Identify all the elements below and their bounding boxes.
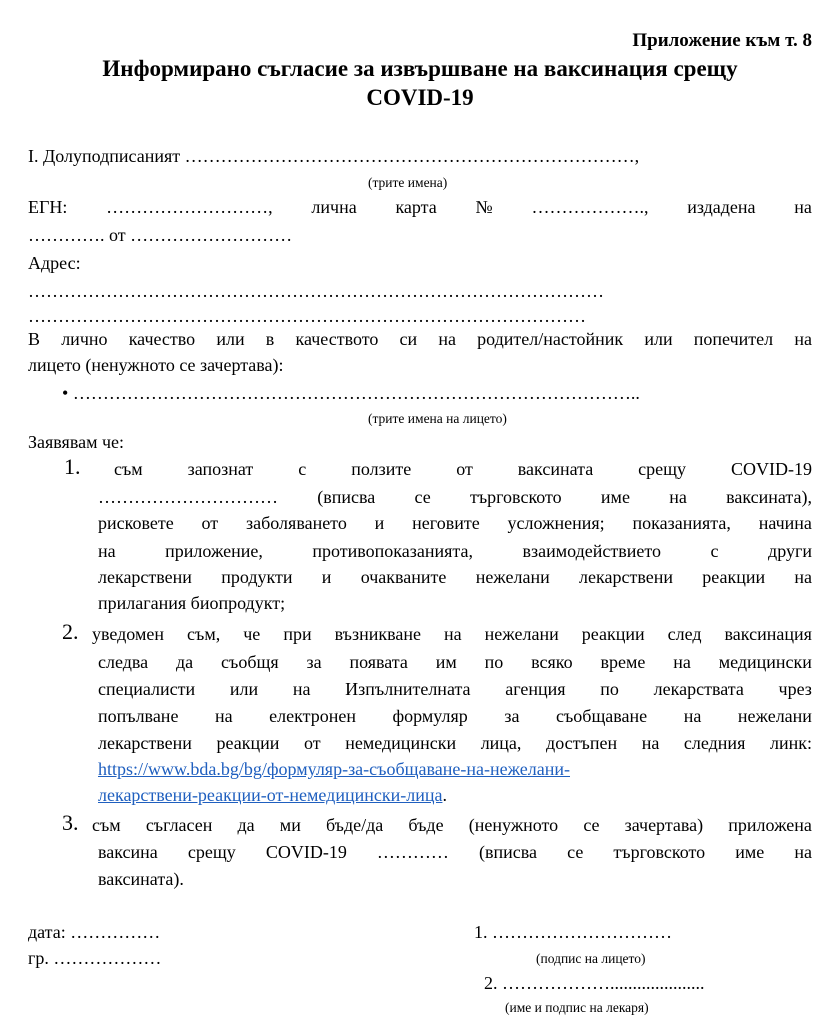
word: формуляр bbox=[393, 706, 468, 727]
word: се bbox=[415, 487, 431, 508]
word: на bbox=[673, 652, 691, 673]
word: по bbox=[600, 679, 619, 700]
word: нежелани bbox=[476, 567, 550, 588]
word: за bbox=[504, 706, 519, 727]
egn-field[interactable]: ………………………, bbox=[106, 197, 273, 218]
person-name-line: • ………………………………………………………………………………….. bbox=[62, 383, 640, 404]
date-field[interactable]: дата: …………… bbox=[28, 922, 160, 943]
word: при bbox=[283, 624, 311, 645]
word: уведомен bbox=[92, 624, 164, 645]
person-signature-field[interactable]: 1. ………………………… bbox=[474, 922, 672, 943]
person-name-caption: (трите имена на лицето) bbox=[368, 411, 507, 427]
person-signature-caption: (подпис на лицето) bbox=[536, 951, 646, 967]
word: да bbox=[238, 815, 255, 836]
word: след bbox=[668, 624, 702, 645]
word: медицински bbox=[719, 652, 812, 673]
person-name-field[interactable]: ………………………………………………………………………………….. bbox=[73, 383, 640, 403]
word: родител/настойник bbox=[477, 329, 623, 350]
word: срещу bbox=[188, 842, 236, 863]
word: немедицински bbox=[345, 733, 456, 754]
word: от bbox=[456, 459, 473, 480]
word: показанията, bbox=[633, 513, 731, 534]
id-number-label: № bbox=[476, 197, 493, 218]
address-label: Адрес: bbox=[28, 253, 81, 274]
item-1-line6: прилагания биопродукт; bbox=[98, 593, 285, 614]
undersigned-caption: (трите имена) bbox=[368, 175, 447, 191]
word: се bbox=[583, 815, 599, 836]
word: агенция bbox=[505, 679, 565, 700]
word: на bbox=[794, 567, 812, 588]
item-1-number: 1. bbox=[64, 454, 81, 480]
word: с bbox=[711, 541, 719, 562]
word: да bbox=[176, 652, 193, 673]
egn-line: ЕГН: ………………………, лична карта № ………………., и… bbox=[28, 197, 812, 218]
word: (вписва bbox=[479, 842, 537, 863]
word: на bbox=[444, 624, 462, 645]
word: продукти bbox=[221, 567, 292, 588]
word: търговското bbox=[613, 842, 705, 863]
word: на bbox=[794, 329, 812, 350]
undersigned-name-field[interactable]: …………………………………………………………………, bbox=[185, 146, 640, 166]
word: ………… bbox=[377, 842, 449, 863]
word: на bbox=[669, 487, 687, 508]
item-3-line1: съмсъгласендамибъде/дабъде(ненужнотосеза… bbox=[92, 815, 812, 836]
word: име bbox=[601, 487, 630, 508]
annex-label: Приложение към т. 8 bbox=[632, 30, 812, 52]
doctor-signature-caption: (име и подпис на лекаря) bbox=[505, 1000, 649, 1016]
address-field-2[interactable]: ………………………………………………………………………………… bbox=[28, 306, 586, 327]
word: на bbox=[438, 329, 456, 350]
word: приложение, bbox=[165, 541, 263, 562]
item-3-number: 3. bbox=[62, 810, 79, 836]
word: на bbox=[794, 842, 812, 863]
word: им bbox=[436, 652, 457, 673]
address-field-1[interactable]: …………………………………………………………………………………… bbox=[28, 281, 604, 302]
word: на bbox=[684, 706, 702, 727]
word: лица, bbox=[481, 733, 522, 754]
word: на bbox=[215, 706, 233, 727]
item-3-line2: ваксинасрещуCOVID-19…………(вписвасетърговс… bbox=[98, 842, 812, 863]
word: ваксина bbox=[98, 842, 158, 863]
word: по bbox=[485, 652, 504, 673]
item-2-number: 2. bbox=[62, 619, 79, 645]
item-2-line5: лекарствениреакцииотнемедицинскилица,дос… bbox=[98, 733, 812, 754]
word: COVID-19 bbox=[731, 459, 812, 480]
word: появата bbox=[349, 652, 407, 673]
word: зачертава) bbox=[625, 815, 704, 836]
word: съм, bbox=[187, 624, 220, 645]
item-1-line5: лекарственипродуктииочакванитенежеланиле… bbox=[98, 567, 812, 588]
word: качество bbox=[129, 329, 195, 350]
word: име bbox=[735, 842, 764, 863]
item-3-line3: ваксината). bbox=[98, 869, 184, 890]
word: В bbox=[28, 329, 40, 350]
word: взаимодействието bbox=[523, 541, 662, 562]
word: се bbox=[567, 842, 583, 863]
word: ваксината), bbox=[726, 487, 812, 508]
item-2-line1: уведоменсъм,чепривъзникваненанежеланиреа… bbox=[92, 624, 812, 645]
item-2-line2: следвадасъобщязапояватаимповсяковременам… bbox=[98, 652, 812, 673]
word: за bbox=[306, 652, 321, 673]
word: начина bbox=[759, 513, 812, 534]
item-1-line1: съмзапознатсползитеотваксинатасрещуCOVID… bbox=[114, 459, 812, 480]
word: и bbox=[322, 567, 332, 588]
declaration-label: Заявявам че: bbox=[28, 432, 124, 453]
word: съм bbox=[114, 459, 143, 480]
item-2-link-line2: лекарствени-реакции-от-немедицински-лица… bbox=[98, 785, 447, 806]
bullet-icon: • bbox=[62, 383, 68, 403]
id-number-field[interactable]: ………………., bbox=[531, 197, 648, 218]
word: ваксината bbox=[518, 459, 593, 480]
item-2-link-line1: https://www.bda.bg/bg/формуляр-за-съобща… bbox=[98, 759, 570, 780]
word: запознат bbox=[188, 459, 254, 480]
word: лекарствени bbox=[579, 567, 673, 588]
word: следва bbox=[98, 652, 148, 673]
word: приложена bbox=[728, 815, 812, 836]
word: електронен bbox=[269, 706, 356, 727]
egn-label: ЕГН: bbox=[28, 197, 67, 218]
bda-report-link[interactable]: https://www.bda.bg/bg/формуляр-за-съобща… bbox=[98, 759, 570, 779]
word: нежелани bbox=[738, 706, 812, 727]
word: попълване bbox=[98, 706, 178, 727]
item-2-line3: специалистиилинаИзпълнителнатаагенцияпол… bbox=[98, 679, 812, 700]
word: или bbox=[230, 679, 258, 700]
link-end-period: . bbox=[442, 785, 447, 805]
issued-date-by-field[interactable]: …………. от ……………………… bbox=[28, 225, 292, 246]
word: срещу bbox=[638, 459, 686, 480]
word: противопоказанията, bbox=[312, 541, 473, 562]
undersigned-line: I. Долуподписаният ………………………………………………………… bbox=[28, 146, 639, 167]
document-title-line2: COVID-19 bbox=[0, 85, 840, 111]
issued-on-label: на bbox=[794, 197, 812, 218]
doctor-signature-field[interactable]: 2. ………………..................... bbox=[484, 973, 705, 994]
word: (ненужното bbox=[469, 815, 558, 836]
word: и bbox=[375, 513, 385, 534]
word: съгласен bbox=[146, 815, 213, 836]
word: ми bbox=[280, 815, 301, 836]
capacity-text-line2: лицето (ненужното се зачертава): bbox=[28, 355, 284, 376]
word: специалисти bbox=[98, 679, 195, 700]
undersigned-label: I. Долуподписаният bbox=[28, 146, 180, 166]
word: съм bbox=[92, 815, 121, 836]
word: реакции bbox=[217, 733, 280, 754]
id-label: лична bbox=[311, 197, 356, 218]
item-1-line3: рисковетеотзаболяванетоинеговитеусложнен… bbox=[98, 513, 812, 534]
word: бъде/да bbox=[326, 815, 383, 836]
word: всяко bbox=[531, 652, 573, 673]
word: лекарствени bbox=[98, 733, 192, 754]
word: нежелани bbox=[485, 624, 559, 645]
word: качеството bbox=[295, 329, 378, 350]
word: или bbox=[216, 329, 244, 350]
word: рисковете bbox=[98, 513, 174, 534]
word: възникване bbox=[335, 624, 421, 645]
word: ползите bbox=[351, 459, 411, 480]
id-label-2: карта bbox=[395, 197, 436, 218]
word: попечител bbox=[694, 329, 773, 350]
word: лекарствата bbox=[654, 679, 744, 700]
word: лекарствени bbox=[98, 567, 192, 588]
word: си bbox=[400, 329, 418, 350]
word: (вписва bbox=[317, 487, 375, 508]
word: време bbox=[601, 652, 646, 673]
bda-report-link-continued[interactable]: лекарствени-реакции-от-немедицински-лица bbox=[98, 785, 442, 805]
word: от bbox=[202, 513, 219, 534]
word: бъде bbox=[408, 815, 443, 836]
item-1-line2: …………………………(вписвасетърговскотоименавакси… bbox=[98, 487, 812, 508]
word: Изпълнителната bbox=[345, 679, 470, 700]
word: следния bbox=[684, 733, 745, 754]
word: в bbox=[266, 329, 275, 350]
word: търговското bbox=[470, 487, 562, 508]
word: с bbox=[298, 459, 306, 480]
word: че bbox=[243, 624, 260, 645]
word: достъпен bbox=[546, 733, 617, 754]
word: съобщя bbox=[221, 652, 279, 673]
word: COVID-19 bbox=[266, 842, 347, 863]
word: чрез bbox=[779, 679, 812, 700]
word: ………………………… bbox=[98, 487, 278, 508]
word: от bbox=[304, 733, 321, 754]
word: очакваните bbox=[361, 567, 447, 588]
item-2-line4: попълваненаелектроненформулярзасъобщаван… bbox=[98, 706, 812, 727]
word: усложнения; bbox=[508, 513, 605, 534]
word: на bbox=[293, 679, 311, 700]
item-1-line4: наприложение,противопоказанията,взаимоде… bbox=[98, 541, 812, 562]
city-field[interactable]: гр. ……………… bbox=[28, 948, 161, 969]
word: други bbox=[768, 541, 812, 562]
word: съобщаване bbox=[556, 706, 647, 727]
word: линк: bbox=[770, 733, 812, 754]
word: ваксинация bbox=[725, 624, 812, 645]
word: заболяването bbox=[246, 513, 347, 534]
capacity-text-line1: Вличнокачествоиливкачествотосинародител/… bbox=[28, 329, 812, 350]
word: реакции bbox=[582, 624, 645, 645]
word: на bbox=[642, 733, 660, 754]
word: реакции bbox=[702, 567, 765, 588]
word: лично bbox=[61, 329, 107, 350]
word: неговите bbox=[412, 513, 480, 534]
word: или bbox=[644, 329, 672, 350]
word: на bbox=[98, 541, 116, 562]
issued-label: издадена bbox=[687, 197, 755, 218]
document-title: Информирано съгласие за извършване на ва… bbox=[0, 56, 840, 82]
